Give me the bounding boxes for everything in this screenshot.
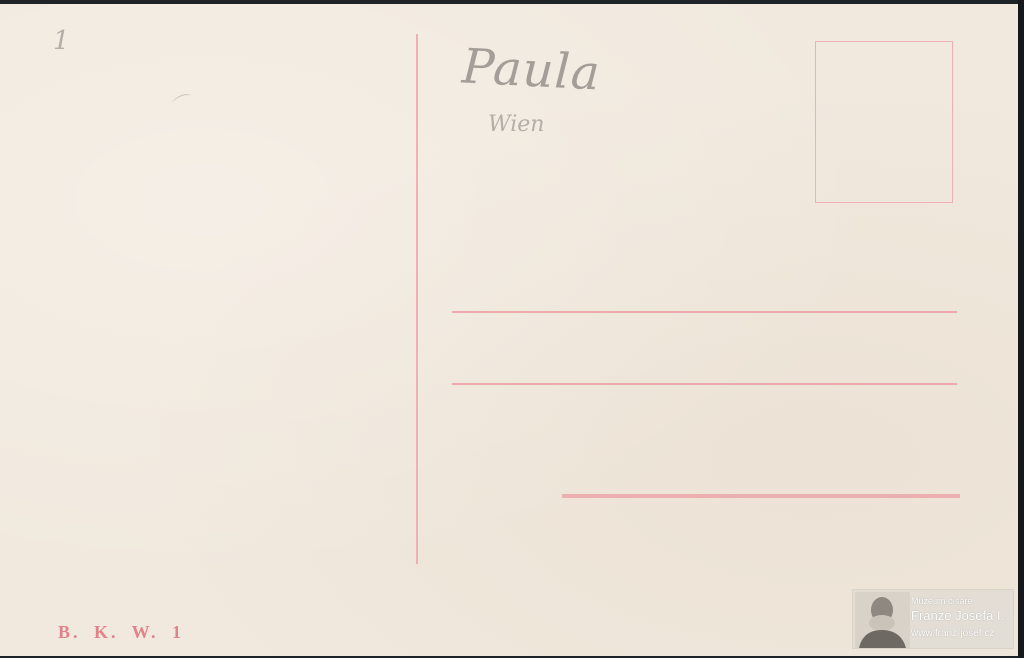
watermark-line-1: Muzeum císaře [911,596,973,606]
pencil-scribble: ⌒ [166,87,195,121]
watermark-url: www.franz-josef.cz [911,628,994,639]
pencil-corner-mark: 1 [53,26,70,56]
museum-watermark: Muzeum císaře Franze Josefa I. www.franz… [852,589,1014,649]
address-line-3 [562,494,960,498]
handwritten-name: Paula [461,38,602,101]
scan-edge [1018,0,1024,658]
publisher-imprint: B. K. W. 1 [58,622,184,643]
postcard-back: 1 ⌒ Paula Wien B. K. W. 1 [0,4,1018,656]
address-line-1 [452,311,957,313]
stamp-box [815,41,953,203]
divider-line [416,34,418,564]
address-line-2 [452,383,957,385]
handwritten-city: Wien [488,112,544,137]
portrait-icon [855,592,910,648]
watermark-line-2: Franze Josefa I. [911,608,1004,623]
